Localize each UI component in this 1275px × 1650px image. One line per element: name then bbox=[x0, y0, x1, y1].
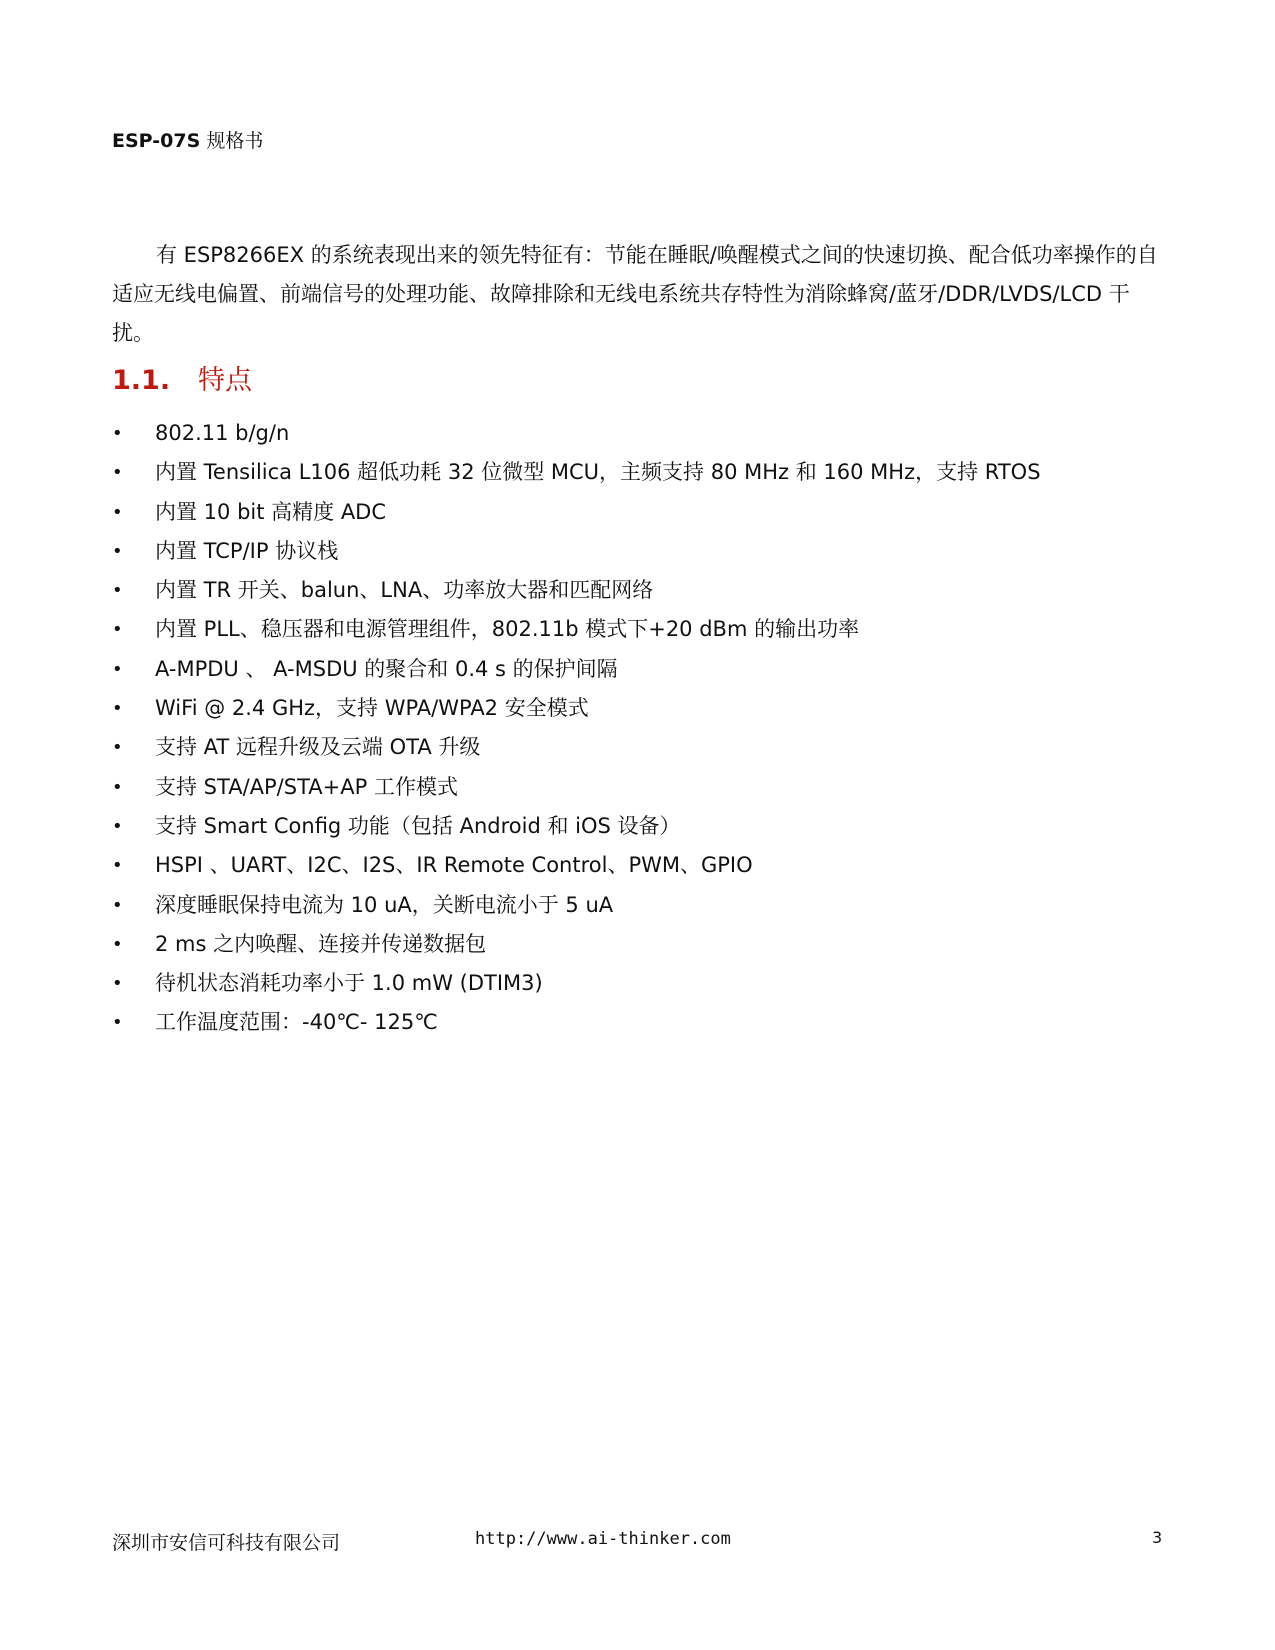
list-item: •内置 10 bit 高精度 ADC bbox=[112, 493, 1041, 532]
list-item: •内置 TR 开关、balun、LNA、功率放大器和匹配网络 bbox=[112, 571, 1041, 610]
feature-text: 内置 10 bit 高精度 ADC bbox=[155, 500, 386, 524]
feature-text: 内置 Tensilica L106 超低功耗 32 位微型 MCU，主频支持 8… bbox=[155, 460, 1041, 484]
bullet-icon: • bbox=[112, 846, 123, 885]
feature-text: 2 ms 之内唤醒、连接并传递数据包 bbox=[155, 932, 486, 956]
feature-text: 内置 TCP/IP 协议栈 bbox=[155, 539, 338, 563]
page-number: 3 bbox=[1152, 1528, 1162, 1547]
feature-text: 深度睡眠保持电流为 10 uA，关断电流小于 5 uA bbox=[155, 893, 613, 917]
bullet-icon: • bbox=[112, 925, 123, 964]
feature-text: 支持 STA/AP/STA+AP 工作模式 bbox=[155, 775, 458, 799]
section-title: 特点 bbox=[198, 365, 252, 396]
list-item: •深度睡眠保持电流为 10 uA，关断电流小于 5 uA bbox=[112, 886, 1041, 925]
intro-paragraph: 有 ESP8266EX 的系统表现出来的领先特征有：节能在睡眠/唤醒模式之间的快… bbox=[112, 236, 1162, 353]
list-item: •WiFi @ 2.4 GHz，支持 WPA/WPA2 安全模式 bbox=[112, 689, 1041, 728]
bullet-icon: • bbox=[112, 610, 123, 649]
list-item: •支持 AT 远程升级及云端 OTA 升级 bbox=[112, 728, 1041, 767]
list-item: •802.11 b/g/n bbox=[112, 414, 1041, 453]
feature-text: 802.11 b/g/n bbox=[155, 421, 289, 445]
bullet-icon: • bbox=[112, 768, 123, 807]
section-heading: 1.1.特点 bbox=[112, 358, 252, 397]
bullet-icon: • bbox=[112, 807, 123, 846]
bullet-icon: • bbox=[112, 493, 123, 532]
feature-list: •802.11 b/g/n •内置 Tensilica L106 超低功耗 32… bbox=[112, 414, 1041, 1043]
feature-text: 内置 TR 开关、balun、LNA、功率放大器和匹配网络 bbox=[155, 578, 653, 602]
page-footer: 深圳市安信可科技有限公司 http://www.ai-thinker.com 3 bbox=[112, 1528, 1162, 1552]
header-model: ESP-07S bbox=[112, 130, 200, 152]
bullet-icon: • bbox=[112, 689, 123, 728]
footer-url: http://www.ai-thinker.com bbox=[475, 1529, 731, 1549]
list-item: •支持 Smart Config 功能（包括 Android 和 iOS 设备） bbox=[112, 807, 1041, 846]
section-number: 1.1. bbox=[112, 365, 198, 396]
feature-text: 内置 PLL、稳压器和电源管理组件，802.11b 模式下+20 dBm 的输出… bbox=[155, 617, 859, 641]
list-item: •内置 PLL、稳压器和电源管理组件，802.11b 模式下+20 dBm 的输… bbox=[112, 610, 1041, 649]
feature-text: HSPI 、UART、I2C、I2S、IR Remote Control、PWM… bbox=[155, 853, 753, 877]
footer-company: 深圳市安信可科技有限公司 bbox=[112, 1528, 340, 1555]
feature-text: A-MPDU 、 A-MSDU 的聚合和 0.4 s 的保护间隔 bbox=[155, 657, 618, 681]
bullet-icon: • bbox=[112, 650, 123, 689]
list-item: •支持 STA/AP/STA+AP 工作模式 bbox=[112, 768, 1041, 807]
feature-text: 支持 AT 远程升级及云端 OTA 升级 bbox=[155, 735, 480, 759]
list-item: •2 ms 之内唤醒、连接并传递数据包 bbox=[112, 925, 1041, 964]
list-item: •A-MPDU 、 A-MSDU 的聚合和 0.4 s 的保护间隔 bbox=[112, 650, 1041, 689]
list-item: •待机状态消耗功率小于 1.0 mW (DTIM3) bbox=[112, 964, 1041, 1003]
bullet-icon: • bbox=[112, 728, 123, 767]
list-item: •HSPI 、UART、I2C、I2S、IR Remote Control、PW… bbox=[112, 846, 1041, 885]
header-doc-type: 规格书 bbox=[206, 130, 263, 152]
feature-text: 待机状态消耗功率小于 1.0 mW (DTIM3) bbox=[155, 971, 543, 995]
list-item: •内置 Tensilica L106 超低功耗 32 位微型 MCU，主频支持 … bbox=[112, 453, 1041, 492]
page-header: ESP-07S 规格书 bbox=[112, 126, 263, 153]
feature-text: 支持 Smart Config 功能（包括 Android 和 iOS 设备） bbox=[155, 814, 681, 838]
list-item: •内置 TCP/IP 协议栈 bbox=[112, 532, 1041, 571]
bullet-icon: • bbox=[112, 571, 123, 610]
feature-text: WiFi @ 2.4 GHz，支持 WPA/WPA2 安全模式 bbox=[155, 696, 589, 720]
bullet-icon: • bbox=[112, 532, 123, 571]
bullet-icon: • bbox=[112, 886, 123, 925]
bullet-icon: • bbox=[112, 964, 123, 1003]
bullet-icon: • bbox=[112, 414, 123, 453]
list-item: •工作温度范围：-40℃- 125℃ bbox=[112, 1003, 1041, 1042]
bullet-icon: • bbox=[112, 453, 123, 492]
bullet-icon: • bbox=[112, 1003, 123, 1042]
feature-text: 工作温度范围：-40℃- 125℃ bbox=[155, 1010, 438, 1034]
